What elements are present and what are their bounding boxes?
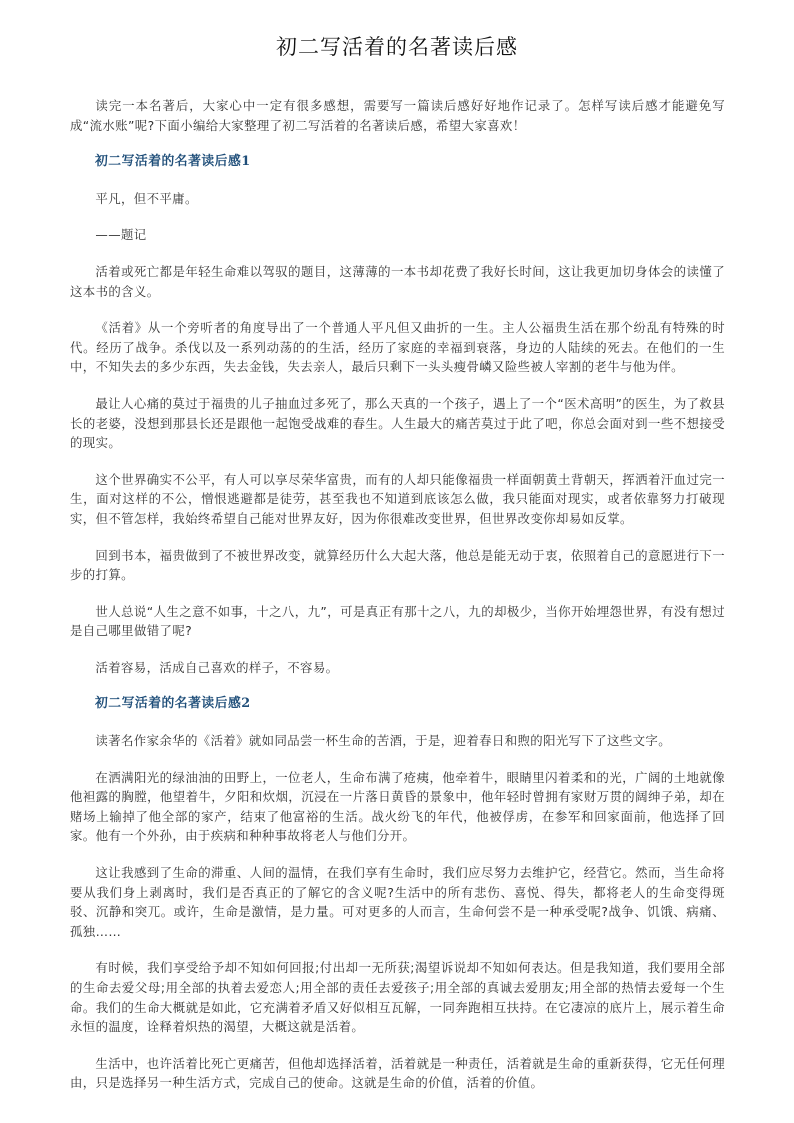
document-body: 读完一本名著后，大家心中一定有很多感想，需要写一篇读后感好好地作记录了。怎样写读…	[70, 96, 725, 1110]
section-heading-2: 初二写活着的名著读后感2	[70, 694, 725, 714]
epigraph-attribution: ——题记	[70, 225, 725, 245]
paragraph: 平凡，但不平庸。	[70, 189, 725, 209]
paragraph: 生活中，也许活着比死亡更痛苦，但他却选择活着，活着就是一种责任，活着就是生命的重…	[70, 1054, 725, 1093]
paragraph: 《活着》从一个旁听者的角度导出了一个普通人平凡但又曲折的一生。主人公福贵生活在那…	[70, 318, 725, 377]
paragraph: 读著名作家余华的《活着》就如同品尝一杯生命的苦酒，于是，迎着春日和煦的阳光写下了…	[70, 731, 725, 751]
document-page: 初二写活着的名著读后感 读完一本名著后，大家心中一定有很多感想，需要写一篇读后感…	[0, 0, 794, 1123]
paragraph: 这个世界确实不公平，有人可以享尽荣华富贵，而有的人却只能像福贵一样面朝黄土背朝天…	[70, 470, 725, 529]
paragraph: 世人总说“人生之意不如事，十之八，九”，可是真正有那十之八，九的却极少，当你开始…	[70, 602, 725, 641]
section-heading-1: 初二写活着的名著读后感1	[70, 152, 725, 172]
paragraph: 活着或死亡都是年轻生命难以驾驭的题目，这薄薄的一本书却花费了我好长时间，这让我更…	[70, 262, 725, 301]
paragraph: 这让我感到了生命的滞重、人间的温情，在我们享有生命时，我们应尽努力去维护它，经营…	[70, 863, 725, 941]
intro-paragraph: 读完一本名著后，大家心中一定有很多感想，需要写一篇读后感好好地作记录了。怎样写读…	[70, 96, 725, 135]
page-title: 初二写活着的名著读后感	[0, 32, 794, 62]
paragraph: 活着容易，活成自己喜欢的样子，不容易。	[70, 658, 725, 678]
paragraph: 最让人心痛的莫过于福贵的儿子抽血过多死了，那么天真的一个孩子，遇上了一个“医术高…	[70, 394, 725, 453]
paragraph: 回到书本，福贵做到了不被世界改变，就算经历什么大起大落，他总是能无动于衷，依照着…	[70, 546, 725, 585]
paragraph: 有时候，我们享受给予却不知如何回报;付出却一无所获;渴望诉说却不知如何表达。但是…	[70, 958, 725, 1036]
paragraph: 在洒满阳光的绿油油的田野上，一位老人，生命布满了疮痍，他牵着牛，眼睛里闪着柔和的…	[70, 768, 725, 846]
